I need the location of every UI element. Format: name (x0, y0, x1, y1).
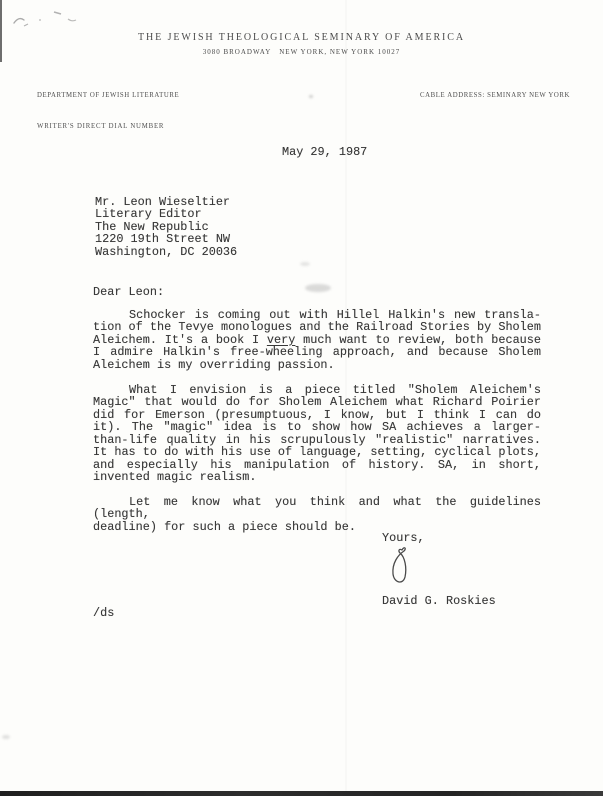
letter-line: it). The "magic" idea is to show how SA … (93, 421, 541, 433)
paragraph-1: Schocker is coming out with Hillel Halki… (93, 309, 541, 371)
letterhead-org-name: THE JEWISH THEOLOGICAL SEMINARY OF AMERI… (0, 32, 603, 43)
scan-speck (309, 95, 313, 98)
recipient-street: 1220 19th Street NW (95, 233, 237, 245)
letter-line: It has to do with his use of language, s… (93, 446, 541, 458)
scanned-letter-page: THE JEWISH THEOLOGICAL SEMINARY OF AMERI… (0, 0, 603, 796)
letter-line: invented magic realism. (93, 471, 541, 483)
handwritten-signature-mark (386, 545, 412, 591)
paragraph-2: What I envision is a piece titled "Shole… (93, 384, 541, 484)
salutation: Dear Leon: (93, 286, 164, 298)
letter-line: Aleichem is my overriding passion. (93, 359, 541, 371)
letter-line: Let me know what you think and what the … (93, 496, 541, 521)
letterhead-department: DEPARTMENT OF JEWISH LITERATURE (37, 92, 179, 99)
scan-smudge (300, 262, 310, 266)
letter-line: I admire Halkin's free-wheeling approach… (93, 346, 541, 358)
letter-date: May 29, 1987 (282, 146, 367, 158)
sender-typed-name: David G. Roskies (382, 595, 496, 607)
recipient-address-block: Mr. Leon Wieseltier Literary Editor The … (95, 196, 237, 258)
letterhead-cable-address: CABLE ADDRESS: SEMINARY NEW YORK (420, 92, 570, 99)
closing-salutation: Yours, (382, 532, 425, 544)
scan-smudge (305, 284, 331, 292)
letterhead-writers-dial-label: WRITER'S DIRECT DIAL NUMBER (37, 123, 164, 130)
paragraph-3: Let me know what you think and what the … (93, 496, 541, 533)
letterhead-org-address: 3080 BROADWAY NEW YORK, NEW YORK 10027 (0, 48, 603, 56)
letter-line: deadline) for such a piece should be. (93, 521, 541, 533)
scan-speck (2, 735, 10, 739)
typist-initials: /ds (93, 607, 114, 619)
recipient-city: Washington, DC 20036 (95, 246, 237, 258)
scan-edge-bottom (0, 791, 603, 796)
